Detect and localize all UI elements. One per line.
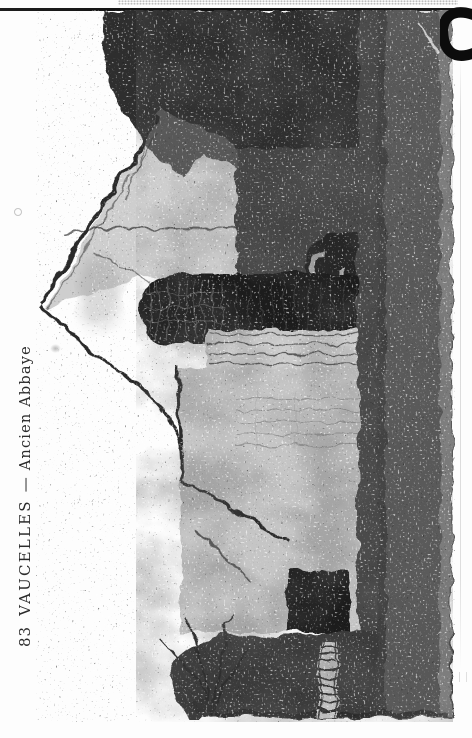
scan-artifact-smudge [50, 344, 61, 353]
abbey-photograph [36, 10, 455, 722]
scan-artifact-mark [459, 672, 467, 682]
corner-mark [440, 4, 472, 62]
postcard-caption: 83VAUCELLES—Ancien Abbaye [15, 345, 34, 647]
grain-dark [36, 10, 455, 722]
caption-title: VAUCELLES [16, 499, 34, 616]
postcard-edge-shadow [460, 58, 461, 670]
caption-separator: — [16, 477, 34, 492]
scan-artifact-ring [14, 208, 22, 216]
caption-subtitle: Ancien Abbaye [18, 345, 34, 470]
caption-number: 83 [16, 626, 34, 647]
pen-stroke-icon [440, 4, 472, 62]
postcard-scan: 83VAUCELLES—Ancien Abbaye [0, 0, 472, 738]
postcard-photo [36, 10, 455, 722]
scan-edge-speckle [118, 0, 458, 5]
